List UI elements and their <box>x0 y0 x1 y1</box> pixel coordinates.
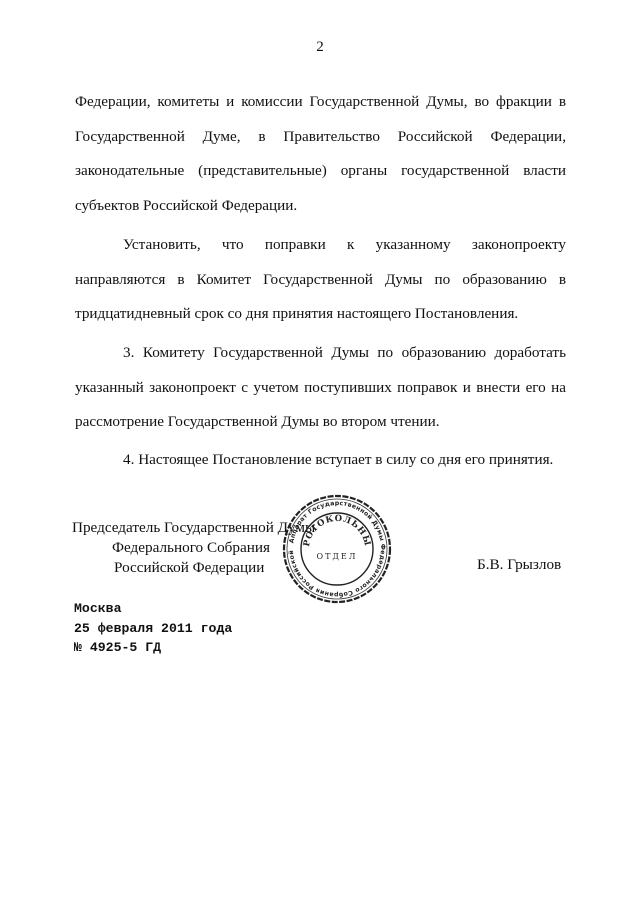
signatory-title-line: Российской Федерации <box>72 558 315 578</box>
paragraph-amendments: Установить, что поправки к указанному за… <box>75 228 566 332</box>
signatory-title: Председатель Государственной Думы Федера… <box>72 518 315 578</box>
svg-text:ОТДЕЛ: ОТДЕЛ <box>317 552 358 561</box>
signatory-title-line: Федерального Собрания <box>72 538 315 558</box>
paragraph-item-4: 4. Настоящее Постановление вступает в си… <box>75 443 566 478</box>
paragraph-item-3: 3. Комитету Государственной Думы по обра… <box>75 336 566 440</box>
official-stamp-icon: Аппарат Государственной Думы Федеральног… <box>281 493 393 605</box>
signatory-title-line: Председатель Государственной Думы <box>72 518 315 538</box>
document-meta: Москва 25 февраля 2011 года № 4925-5 ГД <box>74 599 232 658</box>
signatory-name: Б.В. Грызлов <box>477 556 561 574</box>
document-number: № 4925-5 ГД <box>74 638 232 658</box>
paragraph-continuation: Федерации, комитеты и комиссии Государст… <box>75 85 566 223</box>
page-number: 2 <box>0 39 640 56</box>
issue-date: 25 февраля 2011 года <box>74 619 232 639</box>
issue-city: Москва <box>74 599 232 619</box>
